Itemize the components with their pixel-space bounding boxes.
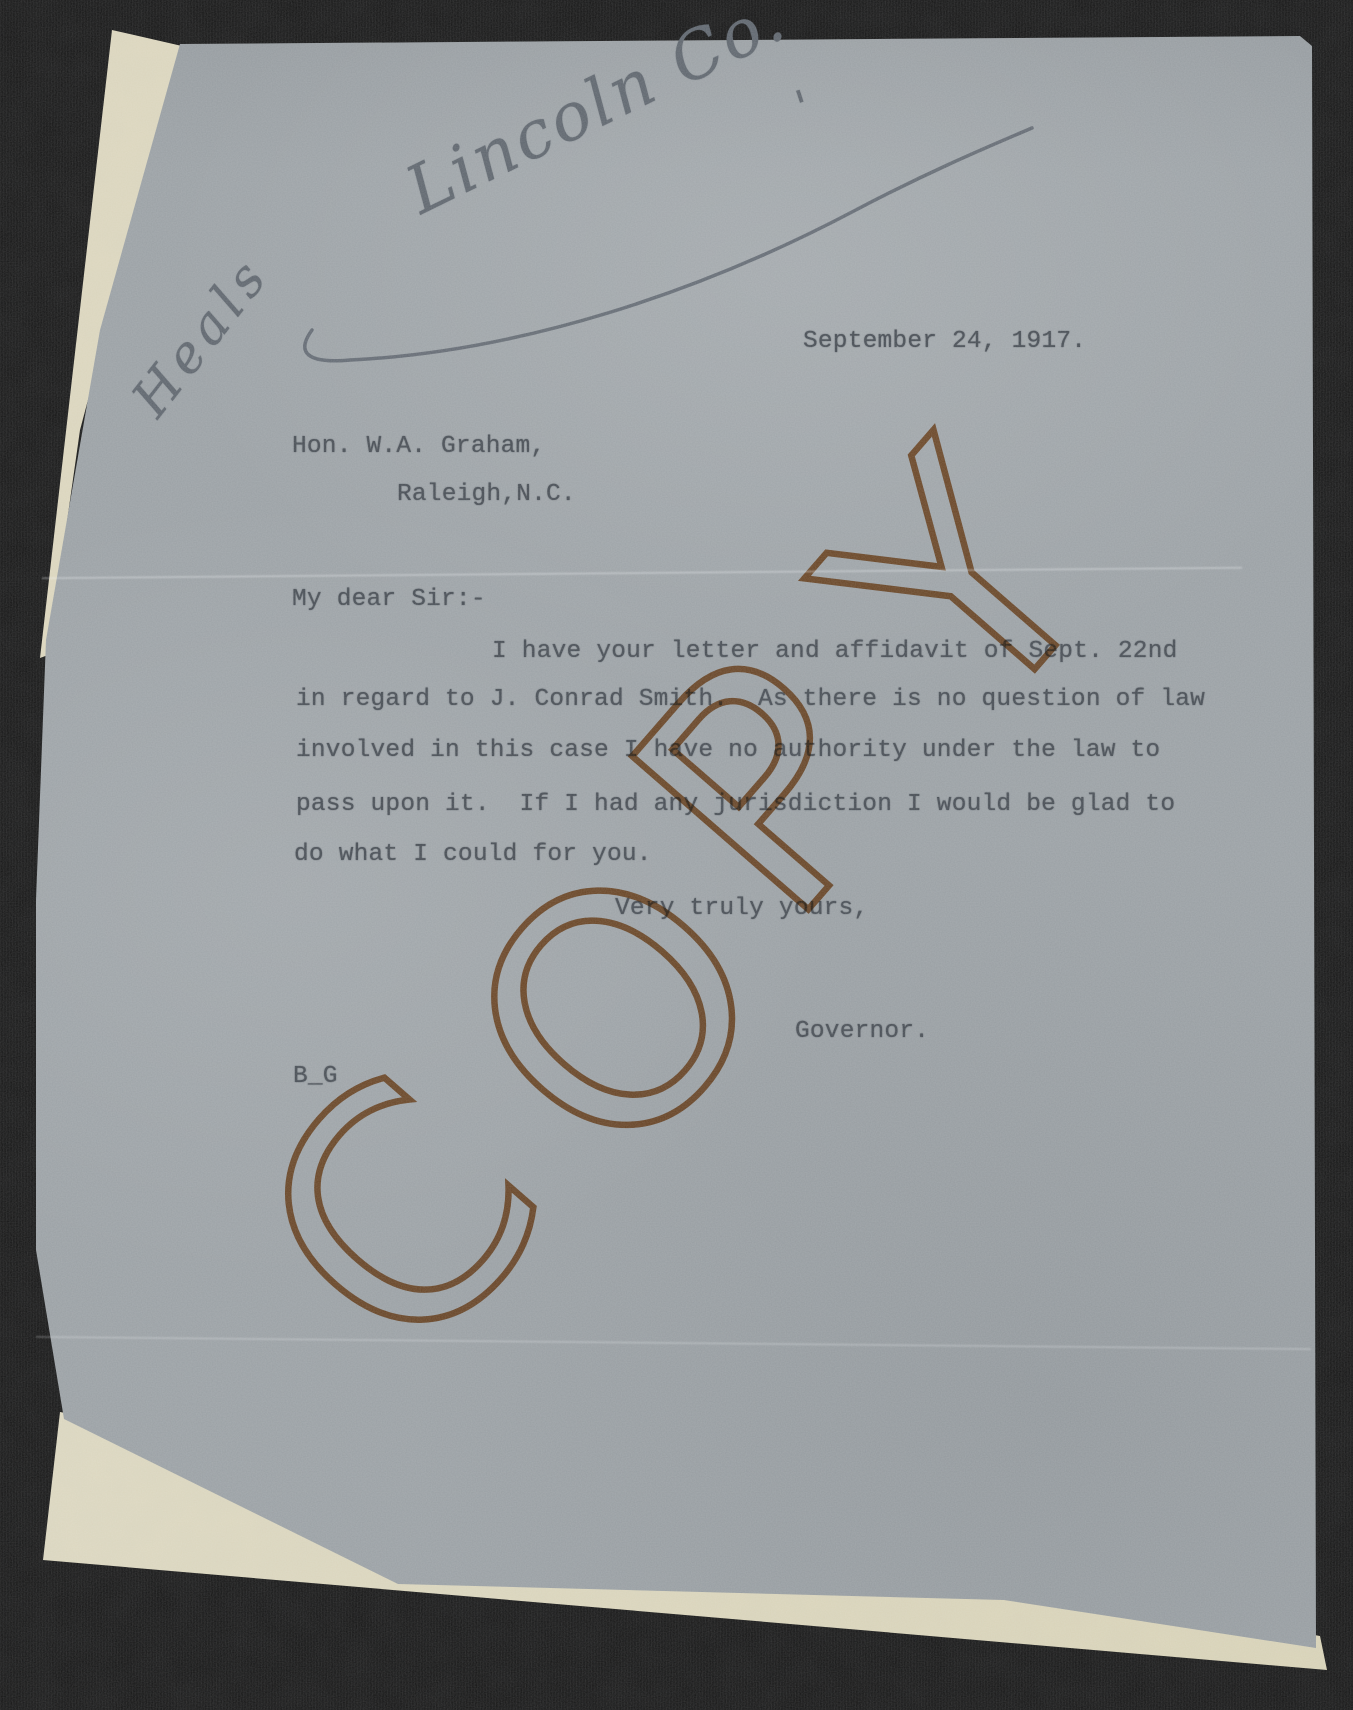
date-line: September 24, 1917. [803,330,1086,355]
letter-sheet [0,0,1353,1710]
scan-background: Lincoln Co. ' Heals September 24, 1917. … [0,0,1353,1710]
salutation: My dear Sir:- [292,588,486,613]
recipient-name: Hon. W.A. Graham, [292,435,545,460]
recipient-city: Raleigh,N.C. [397,483,576,508]
